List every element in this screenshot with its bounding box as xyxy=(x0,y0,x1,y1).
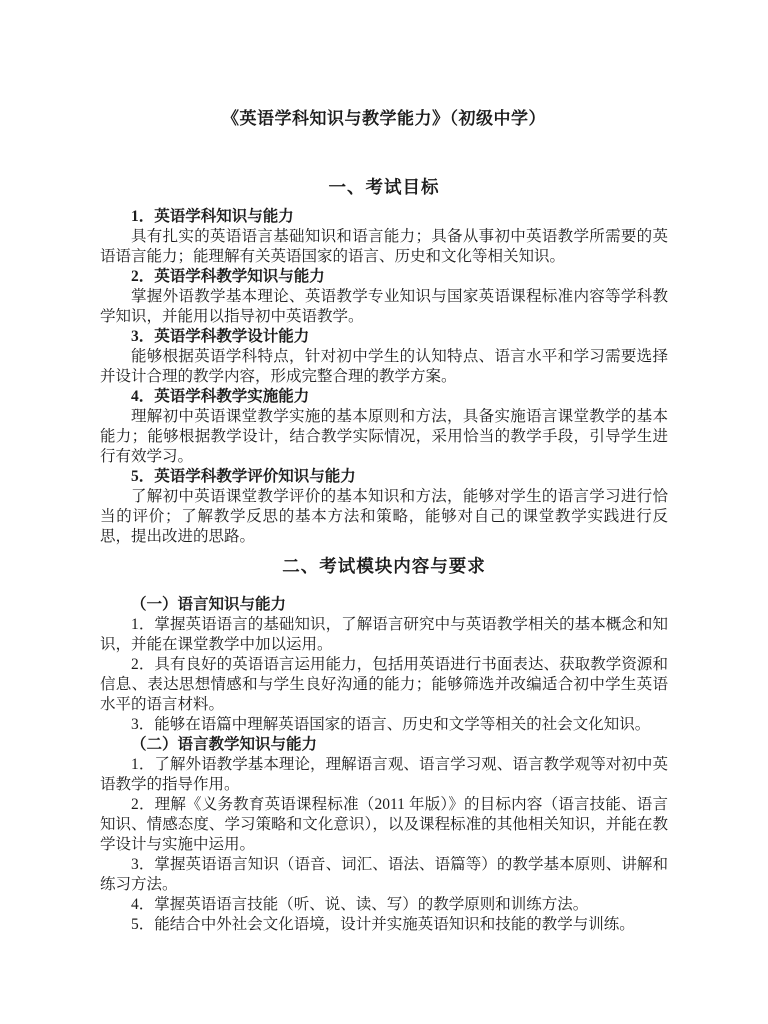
list-item: 1．了解外语教学基本理论，理解语言观、语言学习观、语言教学观等对初中英语教学的指… xyxy=(100,755,668,795)
list-item: 5．能结合中外社会文化语境，设计并实施英语知识和技能的教学与训练。 xyxy=(100,915,668,935)
document-page: 《英语学科知识与教学能力》（初级中学） 一、考试目标 1．英语学科知识与能力 具… xyxy=(0,0,768,1024)
subsection-heading: （一）语言知识与能力 xyxy=(100,595,668,615)
item-paragraph: 掌握外语教学基本理论、英语教学专业知识与国家英语课程标准内容等学科教学知识，并能… xyxy=(100,287,668,327)
item-paragraph: 理解初中英语课堂教学实施的基本原则和方法，具备实施语言课堂教学的基本能力；能够根… xyxy=(100,407,668,467)
numbered-item-label: 4．英语学科教学实施能力 xyxy=(100,387,668,407)
numbered-item-label: 3．英语学科教学设计能力 xyxy=(100,327,668,347)
list-item: 4．掌握英语语言技能（听、说、读、写）的教学原则和训练方法。 xyxy=(100,895,668,915)
numbered-item-label: 5．英语学科教学评价知识与能力 xyxy=(100,467,668,487)
item-paragraph: 具有扎实的英语语言基础知识和语言能力；具备从事初中英语教学所需要的英语语言能力；… xyxy=(100,227,668,267)
section-heading-exam-modules: 二、考试模块内容与要求 xyxy=(100,555,668,577)
numbered-item-label: 2．英语学科教学知识与能力 xyxy=(100,267,668,287)
list-item: 2．理解《义务教育英语课程标准（2011 年版）》的目标内容（语言技能、语言知识… xyxy=(100,795,668,855)
list-item: 3．能够在语篇中理解英语国家的语言、历史和文学等相关的社会文化知识。 xyxy=(100,715,668,735)
item-paragraph: 能够根据英语学科特点，针对初中学生的认知特点、语言水平和学习需要选择并设计合理的… xyxy=(100,347,668,387)
numbered-item-label: 1．英语学科知识与能力 xyxy=(100,207,668,227)
list-item: 3．掌握英语语言知识（语音、词汇、语法、语篇等）的教学基本原则、讲解和练习方法。 xyxy=(100,855,668,895)
document-content: 《英语学科知识与教学能力》（初级中学） 一、考试目标 1．英语学科知识与能力 具… xyxy=(100,0,668,935)
section-heading-exam-goals: 一、考试目标 xyxy=(100,176,668,198)
list-item: 2．具有良好的英语语言运用能力，包括用英语进行书面表达、获取教学资源和信息、表达… xyxy=(100,655,668,715)
page-title: 《英语学科知识与教学能力》（初级中学） xyxy=(100,0,668,130)
list-item: 1．掌握英语语言的基础知识，了解语言研究中与英语教学相关的基本概念和知识，并能在… xyxy=(100,615,668,655)
item-paragraph: 了解初中英语课堂教学评价的基本知识和方法，能够对学生的语言学习进行恰当的评价；了… xyxy=(100,487,668,547)
subsection-heading: （二）语言教学知识与能力 xyxy=(100,735,668,755)
